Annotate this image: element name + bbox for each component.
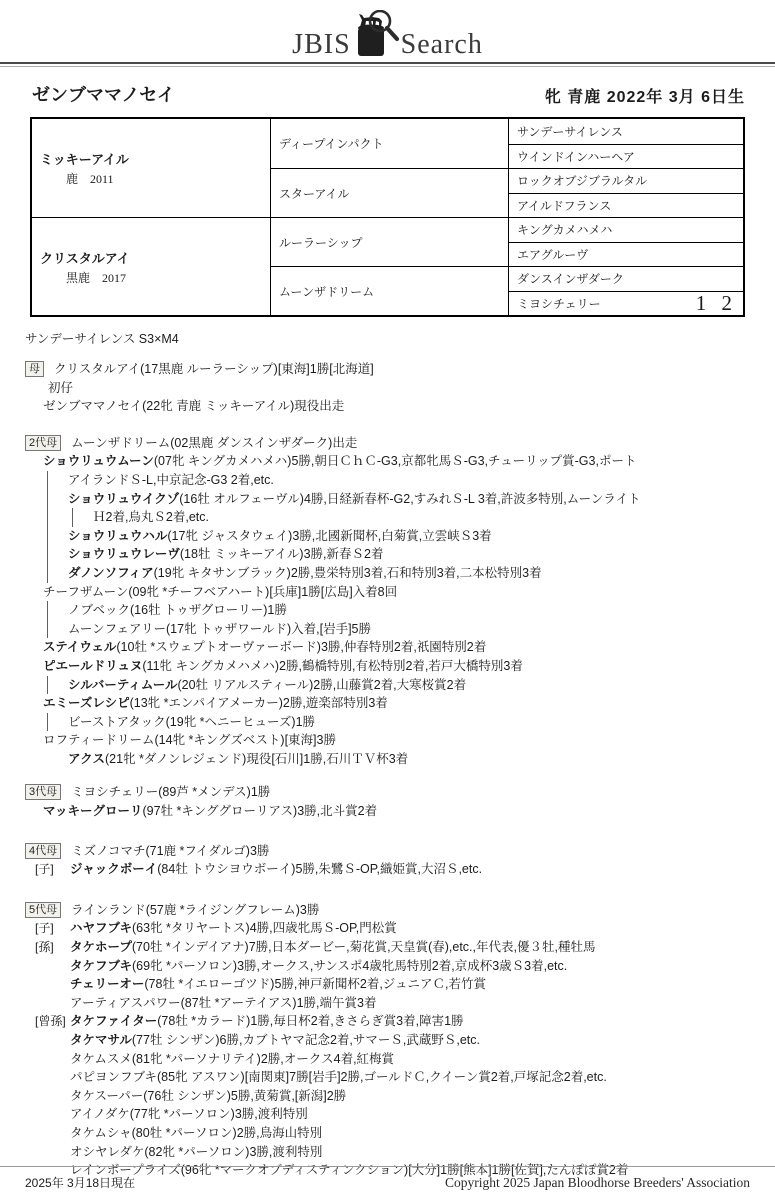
section-mare-text: ムーンザドリーム(02黒鹿 ダンスインザダーク)出走 bbox=[71, 436, 357, 450]
horse-record-text: (77牡 シンザン)6勝,カブトヤマ記念2着,サマーＳ,武蔵野Ｓ,etc. bbox=[132, 1033, 480, 1047]
horse-record-text: アイランドＳ-L,中京記念-G3 2着,etc. bbox=[68, 473, 274, 487]
g3-cell-3: ロックオブジブラルタル bbox=[508, 168, 743, 193]
generation-label: 3代母 bbox=[25, 784, 61, 800]
sire-detail: 鹿 2011 bbox=[40, 170, 114, 187]
relation-label: [子] bbox=[35, 860, 54, 879]
pedigree-line: [子]ジャックボーイ(84牡 トウシヨウボーイ)5勝,朱鷺Ｓ-OP,織姫賞,大沼… bbox=[25, 860, 750, 879]
section-header-mother: 母クリスタルアイ(17黒鹿 ルーラーシップ)[東海]1勝[北海道] bbox=[25, 360, 750, 379]
pedigree-table: ミッキーアイル 鹿 2011 クリスタルアイ 黒鹿 2017 ディープインパクト… bbox=[30, 117, 745, 317]
horse-record-text: (10牡 *スウェプトオーヴァーボード)3勝,仲春特別2着,祇園特別2着 bbox=[116, 640, 486, 654]
pedigree-line: ダノンソフィア(19牝 キタサンブラック)2勝,豊栄特別3着,石和特別3着,二本… bbox=[25, 564, 750, 583]
horse-record-text: タケムシャ(80牡 *パーソロン)2勝,鳥海山特別 bbox=[70, 1126, 322, 1140]
section-mare-text: ラインランド(57鹿 *ライジングフレーム)3勝 bbox=[71, 903, 319, 917]
generation-label: 2代母 bbox=[25, 435, 61, 451]
tree-branch-line bbox=[47, 527, 48, 546]
generation-label: 母 bbox=[25, 361, 44, 377]
tree-branch-line bbox=[72, 508, 73, 527]
horse-record-text: (13牝 *エンパイアメーカー)2勝,遊楽部特別3着 bbox=[130, 696, 388, 710]
horse-name-bold: マッキーグローリ bbox=[43, 804, 143, 818]
horse-record-text: ゼンブママノセイ(22牝 青鹿 ミッキーアイル)現役出走 bbox=[43, 399, 344, 413]
dam-detail: 黒鹿 2017 bbox=[40, 269, 126, 286]
inbreeding-note: サンデーサイレンス S3×M4 bbox=[25, 329, 750, 347]
horse-record-text: (16牡 オルフェーヴル)4勝,日経新春杯-G2,すみれＳ-L 3着,許波多特別… bbox=[179, 492, 640, 506]
pedigree-line: アーティアスパワー(87牡 *アーテイアス)1勝,端午賞3着 bbox=[25, 994, 750, 1013]
horse-name-bold: タケフブキ bbox=[70, 959, 132, 973]
pedigree-line: タケムシャ(80牡 *パーソロン)2勝,鳥海山特別 bbox=[25, 1124, 750, 1143]
section-dam2: 2代母ムーンザドリーム(02黒鹿 ダンスインザダーク)出走ショウリュウムーン(0… bbox=[25, 434, 750, 769]
horse-record-text: 初仔 bbox=[48, 381, 73, 395]
pedigree-line: ロフティードリーム(14牝 *キングズベスト)[東海]3勝 bbox=[25, 731, 750, 750]
pedigree-line: アイランドＳ-L,中京記念-G3 2着,etc. bbox=[25, 471, 750, 490]
horse-record-text: チーフザムーン(09牝 *チーフベアハート)[兵庫]1勝[広島]入着8回 bbox=[43, 585, 397, 599]
pedigree-line: ステイウェル(10牡 *スウェプトオーヴァーボード)3勝,仲春特別2着,祇園特別… bbox=[25, 638, 750, 657]
tree-branch-line bbox=[47, 676, 48, 695]
horse-record-text: (70牡 *インデイアナ)7勝,日本ダービー,菊花賞,天皇賞(春),etc.,年… bbox=[132, 940, 596, 954]
g3-cell-6: エアグルーヴ bbox=[508, 242, 743, 267]
relation-label: [子] bbox=[35, 919, 54, 938]
pedigree-line: ショウリュウムーン(07牝 キングカメハメハ)5勝,朝日ＣｈＣ-G3,京都牝馬Ｓ… bbox=[25, 452, 750, 471]
family-number: 1 2 bbox=[696, 293, 737, 314]
section-header-dam4: 4代母ミズノコマチ(71鹿 *フイダルゴ)3勝 bbox=[25, 842, 750, 861]
section-mare-text: クリスタルアイ(17黒鹿 ルーラーシップ)[東海]1勝[北海道] bbox=[54, 362, 374, 376]
dam-dam-cell: ムーンザドリーム bbox=[270, 266, 508, 315]
pedigree-line: タケマサル(77牡 シンザン)6勝,カブトヤマ記念2着,サマーＳ,武蔵野Ｓ,et… bbox=[25, 1031, 750, 1050]
tree-branch-line bbox=[47, 713, 48, 732]
pedigree-line: シルバーティムール(20牡 リアルスティール)2勝,山藤賞2着,大寒桜賞2着 bbox=[25, 676, 750, 695]
generation-label: 5代母 bbox=[25, 902, 61, 918]
pedigree-line: タケフブキ(69牝 *パーソロン)3勝,オークス,サンスポ4歳牝馬特別2着,京成… bbox=[25, 957, 750, 976]
horse-name-bold: ジャックボーイ bbox=[70, 862, 157, 876]
g3-cell-8: ミヨシチェリー 1 2 bbox=[508, 291, 743, 316]
horse-record-text: (07牝 キングカメハメハ)5勝,朝日ＣｈＣ-G3,京都牝馬Ｓ-G3,チューリッ… bbox=[154, 454, 637, 468]
horse-name-bold: ダノンソフィア bbox=[68, 566, 154, 580]
horse-record-text: (69牝 *パーソロン)3勝,オークス,サンスポ4歳牝馬特別2着,京成杯3歳Ｓ3… bbox=[132, 959, 567, 973]
pedigree-line: [子]ハヤフブキ(63牝 *タリヤートス)4勝,四歳牝馬Ｓ-OP,門松賞 bbox=[25, 919, 750, 938]
horse-record-text: オシヤレダケ(82牝 *パーソロン)3勝,渡利特別 bbox=[70, 1145, 322, 1159]
sire-dam-cell: スターアイル bbox=[270, 168, 508, 217]
horse-record-text: (84牡 トウシヨウボーイ)5勝,朱鷺Ｓ-OP,織姫賞,大沼Ｓ,etc. bbox=[157, 862, 482, 876]
horse-record-text: Ｈ2着,烏丸Ｓ2着,etc. bbox=[93, 510, 209, 524]
dam-cell: クリスタルアイ 黒鹿 2017 bbox=[32, 217, 270, 315]
horse-record-text: アーティアスパワー(87牡 *アーテイアス)1勝,端午賞3着 bbox=[70, 996, 376, 1010]
descendant-sections: 母クリスタルアイ(17黒鹿 ルーラーシップ)[東海]1勝[北海道]初仔ゼンブママ… bbox=[25, 360, 750, 1180]
horse-name-bold: エミーズレシピ bbox=[43, 696, 130, 710]
copyright-text: Copyright 2025 Japan Bloodhorse Breeders… bbox=[445, 1175, 750, 1191]
horse-name-bold: ショウリュウイクゾ bbox=[68, 492, 179, 506]
pedigree-line: エミーズレシピ(13牝 *エンパイアメーカー)2勝,遊楽部特別3着 bbox=[25, 694, 750, 713]
horse-record-text: ビーストアタック(19牝 *ヘニーヒューズ)1勝 bbox=[68, 715, 315, 729]
horse-name-bold: ピエールドリュヌ bbox=[43, 659, 142, 673]
tree-branch-line bbox=[47, 490, 48, 509]
pedigree-line: ムーンフェアリー(17牝 トゥザワールド)入着,[岩手]5勝 bbox=[25, 620, 750, 639]
pedigree-line: ノブベック(16牡 トゥザグローリー)1勝 bbox=[25, 601, 750, 620]
section-header-dam3: 3代母ミヨシチェリー(89芦 *メンデス)1勝 bbox=[25, 783, 750, 802]
pedigree-line: ビーストアタック(19牝 *ヘニーヒューズ)1勝 bbox=[25, 713, 750, 732]
horse-name-bold: タケマサル bbox=[70, 1033, 132, 1047]
horse-record-text: (20牡 リアルスティール)2勝,山藤賞2着,大寒桜賞2着 bbox=[177, 678, 466, 692]
horse-record-text: タケスーパー(76牡 シンザン)5勝,黄菊賞,[新潟]2勝 bbox=[70, 1089, 346, 1103]
pedigree-line: 初仔 bbox=[25, 379, 750, 398]
jbis-search-logo: JBIS Search bbox=[0, 0, 775, 59]
pedigree-line: パピヨンフブキ(85牝 アスワン)[南関東]7勝[岩手]2勝,ゴールドＣ,クイー… bbox=[25, 1068, 750, 1087]
g3-cell-4: アイルドフランス bbox=[508, 193, 743, 218]
pedigree-line: ショウリュウイクゾ(16牡 オルフェーヴル)4勝,日経新春杯-G2,すみれＳ-L… bbox=[25, 490, 750, 509]
horse-record-text: タケムスメ(81牝 *パーソナリテイ)2勝,オークス4着,紅梅賞 bbox=[70, 1052, 394, 1066]
horse-record-text: (19牝 キタサンブラック)2勝,豊栄特別3着,石和特別3着,二本松特別3着 bbox=[154, 566, 542, 580]
tree-branch-line bbox=[47, 620, 48, 639]
horse-record-text: (17牝 ジャスタウェイ)3勝,北國新聞杯,白菊賞,立雲峡Ｓ3着 bbox=[167, 529, 491, 543]
pedigree-line: [曾孫]タケファイター(78牡 *カラード)1勝,毎日杯2着,きさらぎ賞3着,障… bbox=[25, 1012, 750, 1031]
horse-name-bold: タケファイター bbox=[70, 1014, 157, 1028]
horse-record-text: (78牡 *カラード)1勝,毎日杯2着,きさらぎ賞3着,障害1勝 bbox=[157, 1014, 463, 1028]
section-mare-text: ミヨシチェリー(89芦 *メンデス)1勝 bbox=[71, 785, 270, 799]
horse-name-bold: タケホープ bbox=[70, 940, 132, 954]
section-header-dam5: 5代母ラインランド(57鹿 *ライジングフレーム)3勝 bbox=[25, 901, 750, 920]
tree-branch-line bbox=[47, 545, 48, 564]
horse-record-text: (63牝 *タリヤートス)4勝,四歳牝馬Ｓ-OP,門松賞 bbox=[132, 921, 397, 935]
pedigree-line: ピエールドリュヌ(11牝 キングカメハメハ)2勝,鶴橋特別,有松特別2着,若戸大… bbox=[25, 657, 750, 676]
section-mother: 母クリスタルアイ(17黒鹿 ルーラーシップ)[東海]1勝[北海道]初仔ゼンブママ… bbox=[25, 360, 750, 416]
logo-text-jbis: JBIS bbox=[292, 31, 350, 59]
horse-record-text: ノブベック(16牡 トゥザグローリー)1勝 bbox=[68, 603, 287, 617]
horse-name-bold: アクス bbox=[68, 752, 105, 766]
logo-text-search: Search bbox=[401, 31, 483, 59]
sire-cell: ミッキーアイル 鹿 2011 bbox=[32, 119, 270, 217]
as-of-date: 2025年 3月18日現在 bbox=[25, 1174, 135, 1191]
horse-name-bold: ショウリュウムーン bbox=[43, 454, 154, 468]
horse-record-text: (97牡 *キンググローリアス)3勝,北斗賞2着 bbox=[143, 804, 378, 818]
horse-record-text: (21牝 *ダノンレジェンド)現役[石川]1勝,石川ＴＶ杯3着 bbox=[105, 752, 408, 766]
page-footer: 2025年 3月18日現在 Copyright 2025 Japan Blood… bbox=[0, 1166, 775, 1191]
horse-birth-info: 牝 青鹿 2022年 3月 6日生 bbox=[545, 84, 745, 107]
pedigree-report-page: JBIS Search ゼンブママノセイ 牝 青鹿 2022年 3月 6日生 ミ… bbox=[0, 0, 775, 1200]
tree-branch-line bbox=[47, 564, 48, 583]
pedigree-line: ショウリュウハル(17牝 ジャスタウェイ)3勝,北國新聞杯,白菊賞,立雲峡Ｓ3着 bbox=[25, 527, 750, 546]
g3-cell-1: サンデーサイレンス bbox=[508, 119, 743, 144]
horse-name-title: ゼンブママノセイ bbox=[32, 81, 175, 107]
horse-record-text: (78牡 *イエローゴツド)5勝,神戸新聞杯2着,ジュニアＣ,若竹賞 bbox=[144, 977, 486, 991]
horse-record-text: (11牝 キングカメハメハ)2勝,鶴橋特別,有松特別2着,若戸大橋特別3着 bbox=[142, 659, 522, 673]
dam-dam-dam-name: ミヨシチェリー bbox=[517, 295, 601, 312]
pedigree-line: ショウリュウレーヴ(18牡 ミッキーアイル)3勝,新春Ｓ2着 bbox=[25, 545, 750, 564]
pedigree-line: タケムスメ(81牝 *パーソナリテイ)2勝,オークス4着,紅梅賞 bbox=[25, 1050, 750, 1069]
g3-cell-2: ウインドインハーヘア bbox=[508, 144, 743, 169]
pedigree-line: マッキーグローリ(97牡 *キンググローリアス)3勝,北斗賞2着 bbox=[25, 802, 750, 821]
sire-name: ミッキーアイル bbox=[40, 149, 129, 168]
pedigree-line: タケスーパー(76牡 シンザン)5勝,黄菊賞,[新潟]2勝 bbox=[25, 1087, 750, 1106]
horse-record-text: ムーンフェアリー(17牝 トゥザワールド)入着,[岩手]5勝 bbox=[68, 622, 371, 636]
section-mare-text: ミズノコマチ(71鹿 *フイダルゴ)3勝 bbox=[71, 844, 269, 858]
pedigree-line: Ｈ2着,烏丸Ｓ2着,etc. bbox=[25, 508, 750, 527]
horse-name-bold: ステイウェル bbox=[43, 640, 116, 654]
header-divider bbox=[0, 62, 775, 67]
pedigree-line: オシヤレダケ(82牝 *パーソロン)3勝,渡利特別 bbox=[25, 1143, 750, 1162]
generation-label: 4代母 bbox=[25, 843, 61, 859]
relation-label: [曾孫] bbox=[35, 1012, 66, 1031]
tree-branch-line bbox=[47, 601, 48, 620]
pedigree-line: チェリーオー(78牡 *イエローゴツド)5勝,神戸新聞杯2着,ジュニアＣ,若竹賞 bbox=[25, 975, 750, 994]
pedigree-line: アイノダケ(77牝 *パーソロン)3勝,渡利特別 bbox=[25, 1105, 750, 1124]
title-row: ゼンブママノセイ 牝 青鹿 2022年 3月 6日生 bbox=[32, 81, 745, 107]
horse-magnifier-icon bbox=[349, 10, 403, 60]
section-dam5: 5代母ラインランド(57鹿 *ライジングフレーム)3勝[子]ハヤフブキ(63牝 … bbox=[25, 901, 750, 1180]
g3-cell-5: キングカメハメハ bbox=[508, 217, 743, 242]
section-dam4: 4代母ミズノコマチ(71鹿 *フイダルゴ)3勝[子]ジャックボーイ(84牡 トウ… bbox=[25, 842, 750, 879]
horse-name-bold: ショウリュウハル bbox=[68, 529, 167, 543]
g3-cell-7: ダンスインザダーク bbox=[508, 266, 743, 291]
horse-name-bold: チェリーオー bbox=[70, 977, 144, 991]
sire-sire-cell: ディープインパクト bbox=[270, 119, 508, 168]
horse-record-text: アイノダケ(77牝 *パーソロン)3勝,渡利特別 bbox=[70, 1107, 308, 1121]
horse-name-bold: ハヤフブキ bbox=[70, 921, 132, 935]
pedigree-line: チーフザムーン(09牝 *チーフベアハート)[兵庫]1勝[広島]入着8回 bbox=[25, 583, 750, 602]
horse-name-bold: シルバーティムール bbox=[68, 678, 177, 692]
horse-record-text: ロフティードリーム(14牝 *キングズベスト)[東海]3勝 bbox=[43, 733, 336, 747]
relation-label: [孫] bbox=[35, 938, 54, 957]
horse-name-bold: ショウリュウレーヴ bbox=[68, 547, 180, 561]
tree-branch-line bbox=[47, 471, 48, 490]
tree-branch-line bbox=[47, 508, 48, 527]
pedigree-line: アクス(21牝 *ダノンレジェンド)現役[石川]1勝,石川ＴＶ杯3着 bbox=[25, 750, 750, 769]
pedigree-line: [孫]タケホープ(70牡 *インデイアナ)7勝,日本ダービー,菊花賞,天皇賞(春… bbox=[25, 938, 750, 957]
dam-name: クリスタルアイ bbox=[40, 248, 130, 267]
pedigree-line: ゼンブママノセイ(22牝 青鹿 ミッキーアイル)現役出走 bbox=[25, 397, 750, 416]
horse-record-text: (18牡 ミッキーアイル)3勝,新春Ｓ2着 bbox=[180, 547, 384, 561]
section-dam3: 3代母ミヨシチェリー(89芦 *メンデス)1勝マッキーグローリ(97牡 *キング… bbox=[25, 783, 750, 820]
section-header-dam2: 2代母ムーンザドリーム(02黒鹿 ダンスインザダーク)出走 bbox=[25, 434, 750, 453]
dam-sire-cell: ルーラーシップ bbox=[270, 217, 508, 266]
horse-record-text: パピヨンフブキ(85牝 アスワン)[南関東]7勝[岩手]2勝,ゴールドＣ,クイー… bbox=[70, 1070, 607, 1084]
